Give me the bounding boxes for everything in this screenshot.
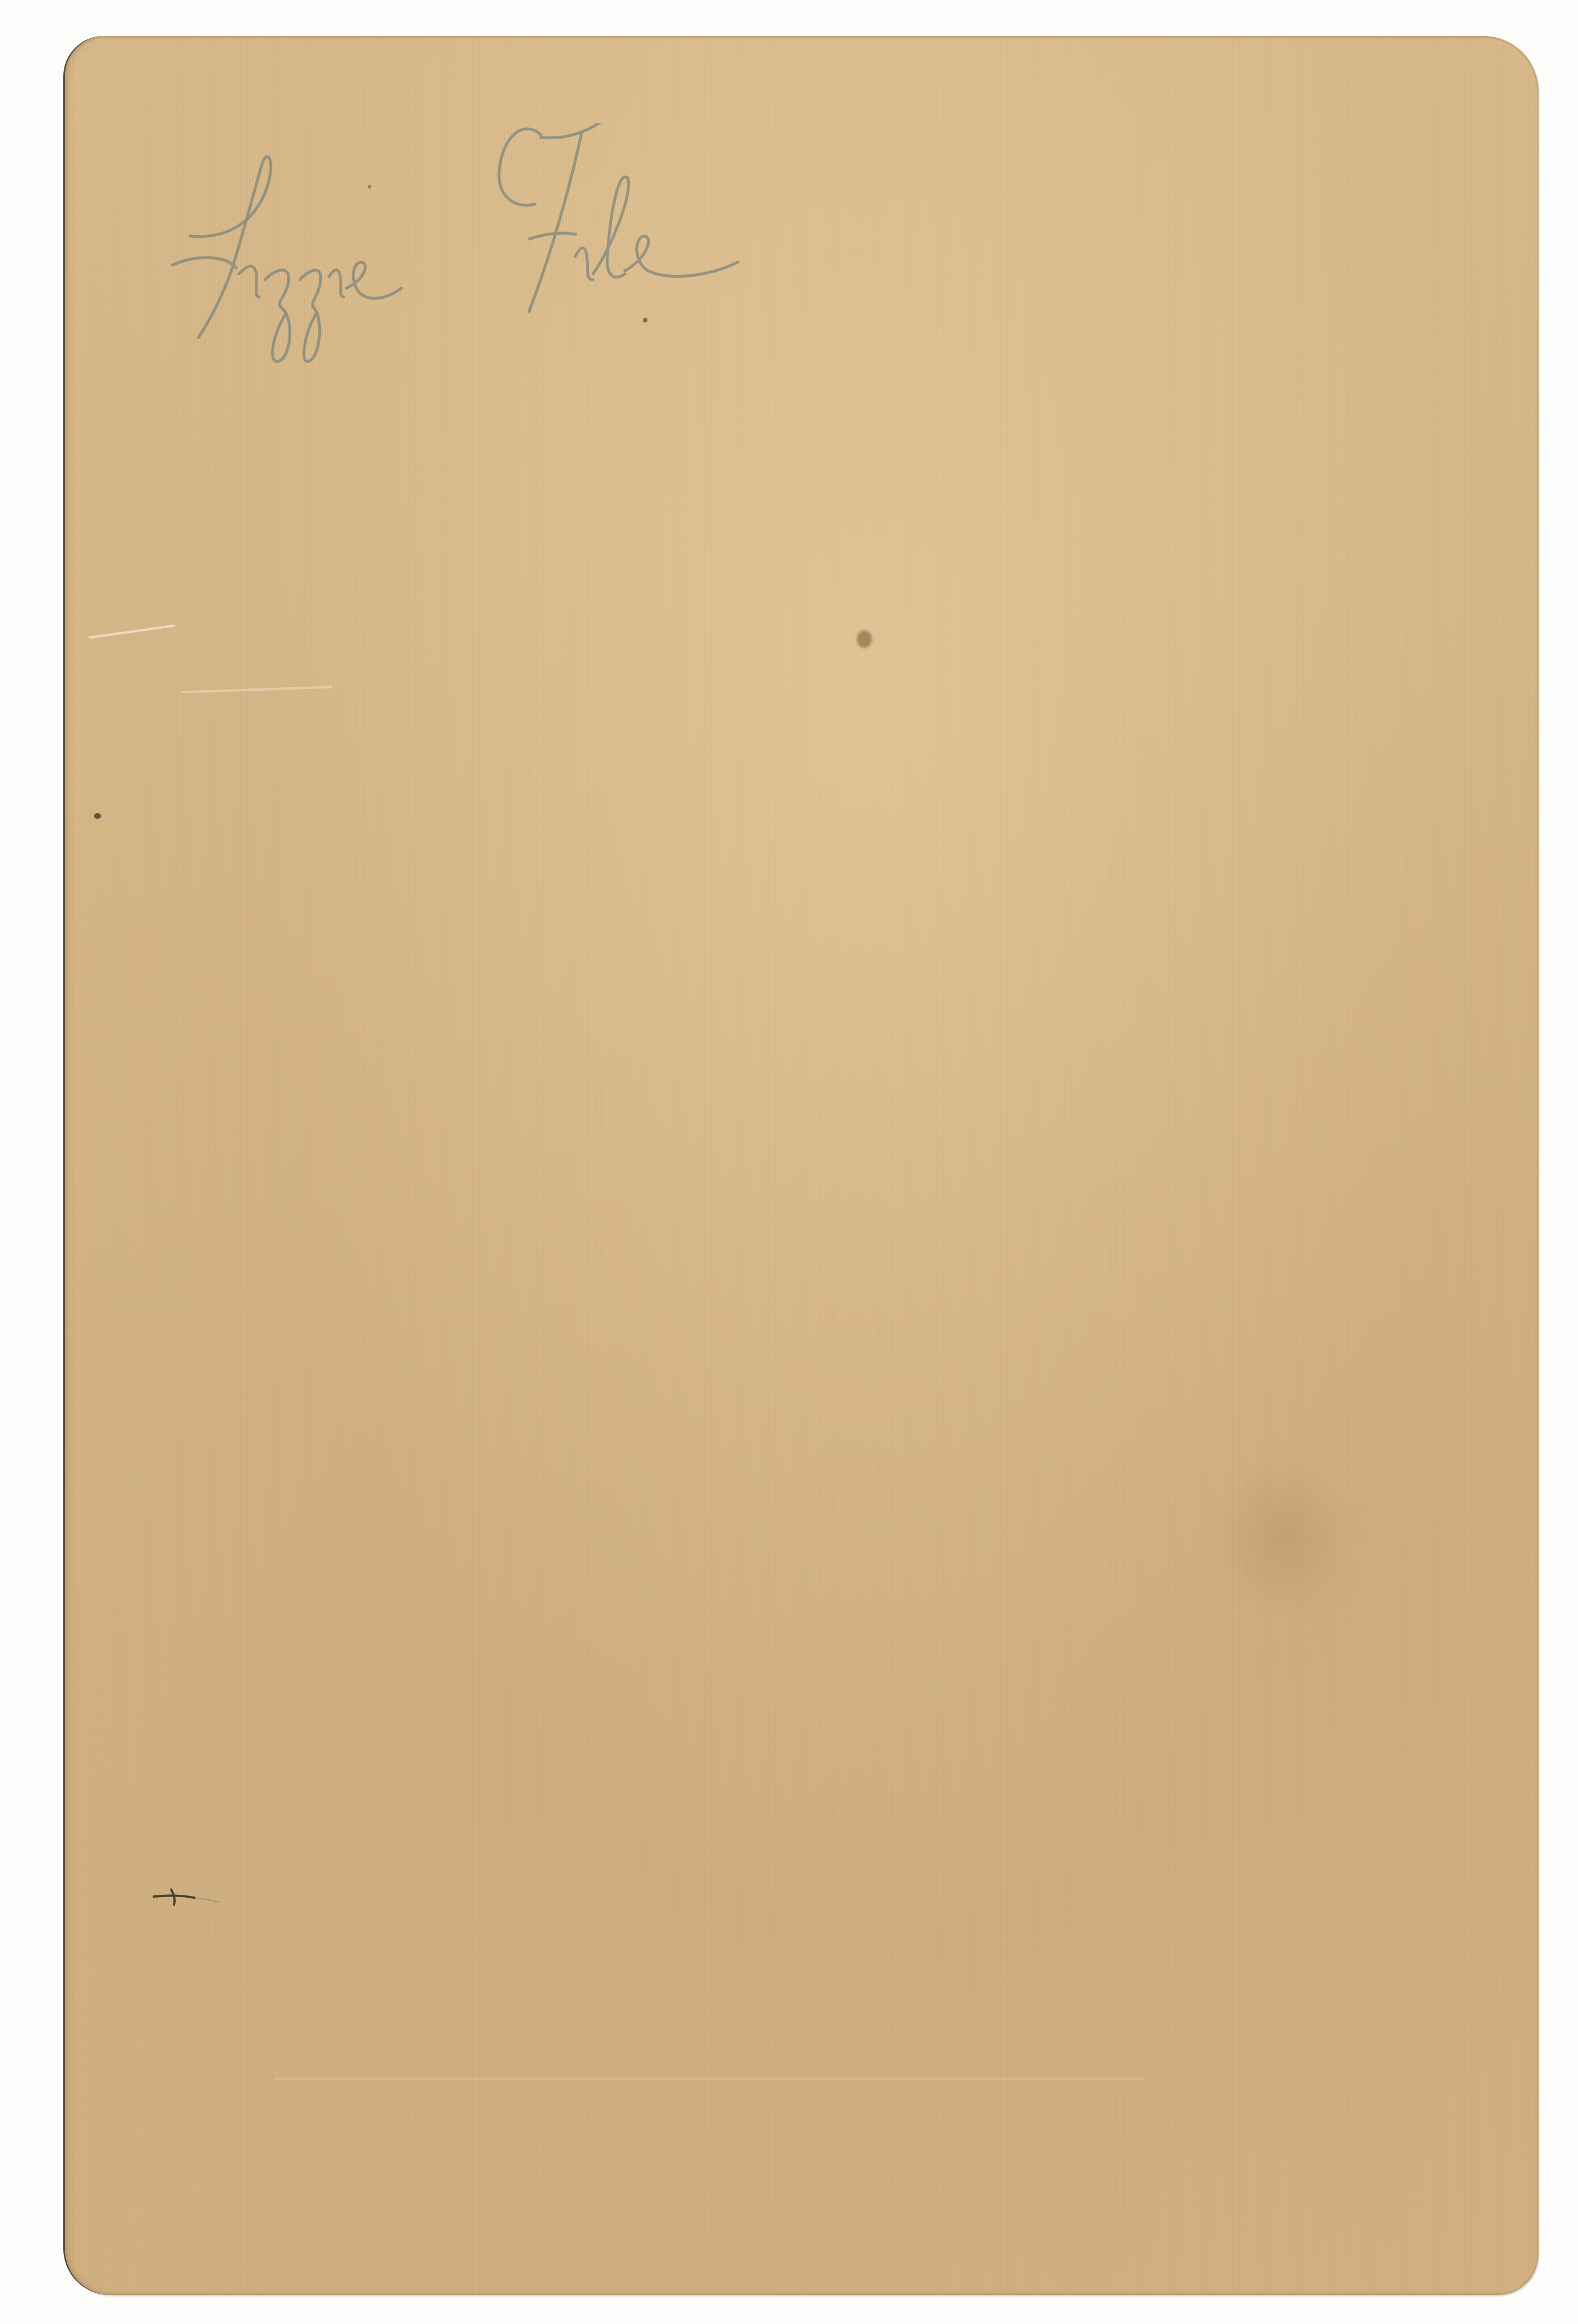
card-back: Lizzie File — [65, 36, 1539, 2295]
scuff-mark — [274, 2078, 1144, 2080]
scuff-mark — [88, 625, 175, 639]
stain-spot — [94, 813, 101, 819]
scuff-mark — [181, 686, 332, 693]
ink-mark-icon — [151, 1885, 220, 1908]
pencil-script-icon — [135, 123, 1150, 367]
handwritten-inscription: Lizzie File — [135, 123, 1150, 367]
stain-area — [1214, 1457, 1353, 1619]
stain-spot — [857, 630, 872, 648]
